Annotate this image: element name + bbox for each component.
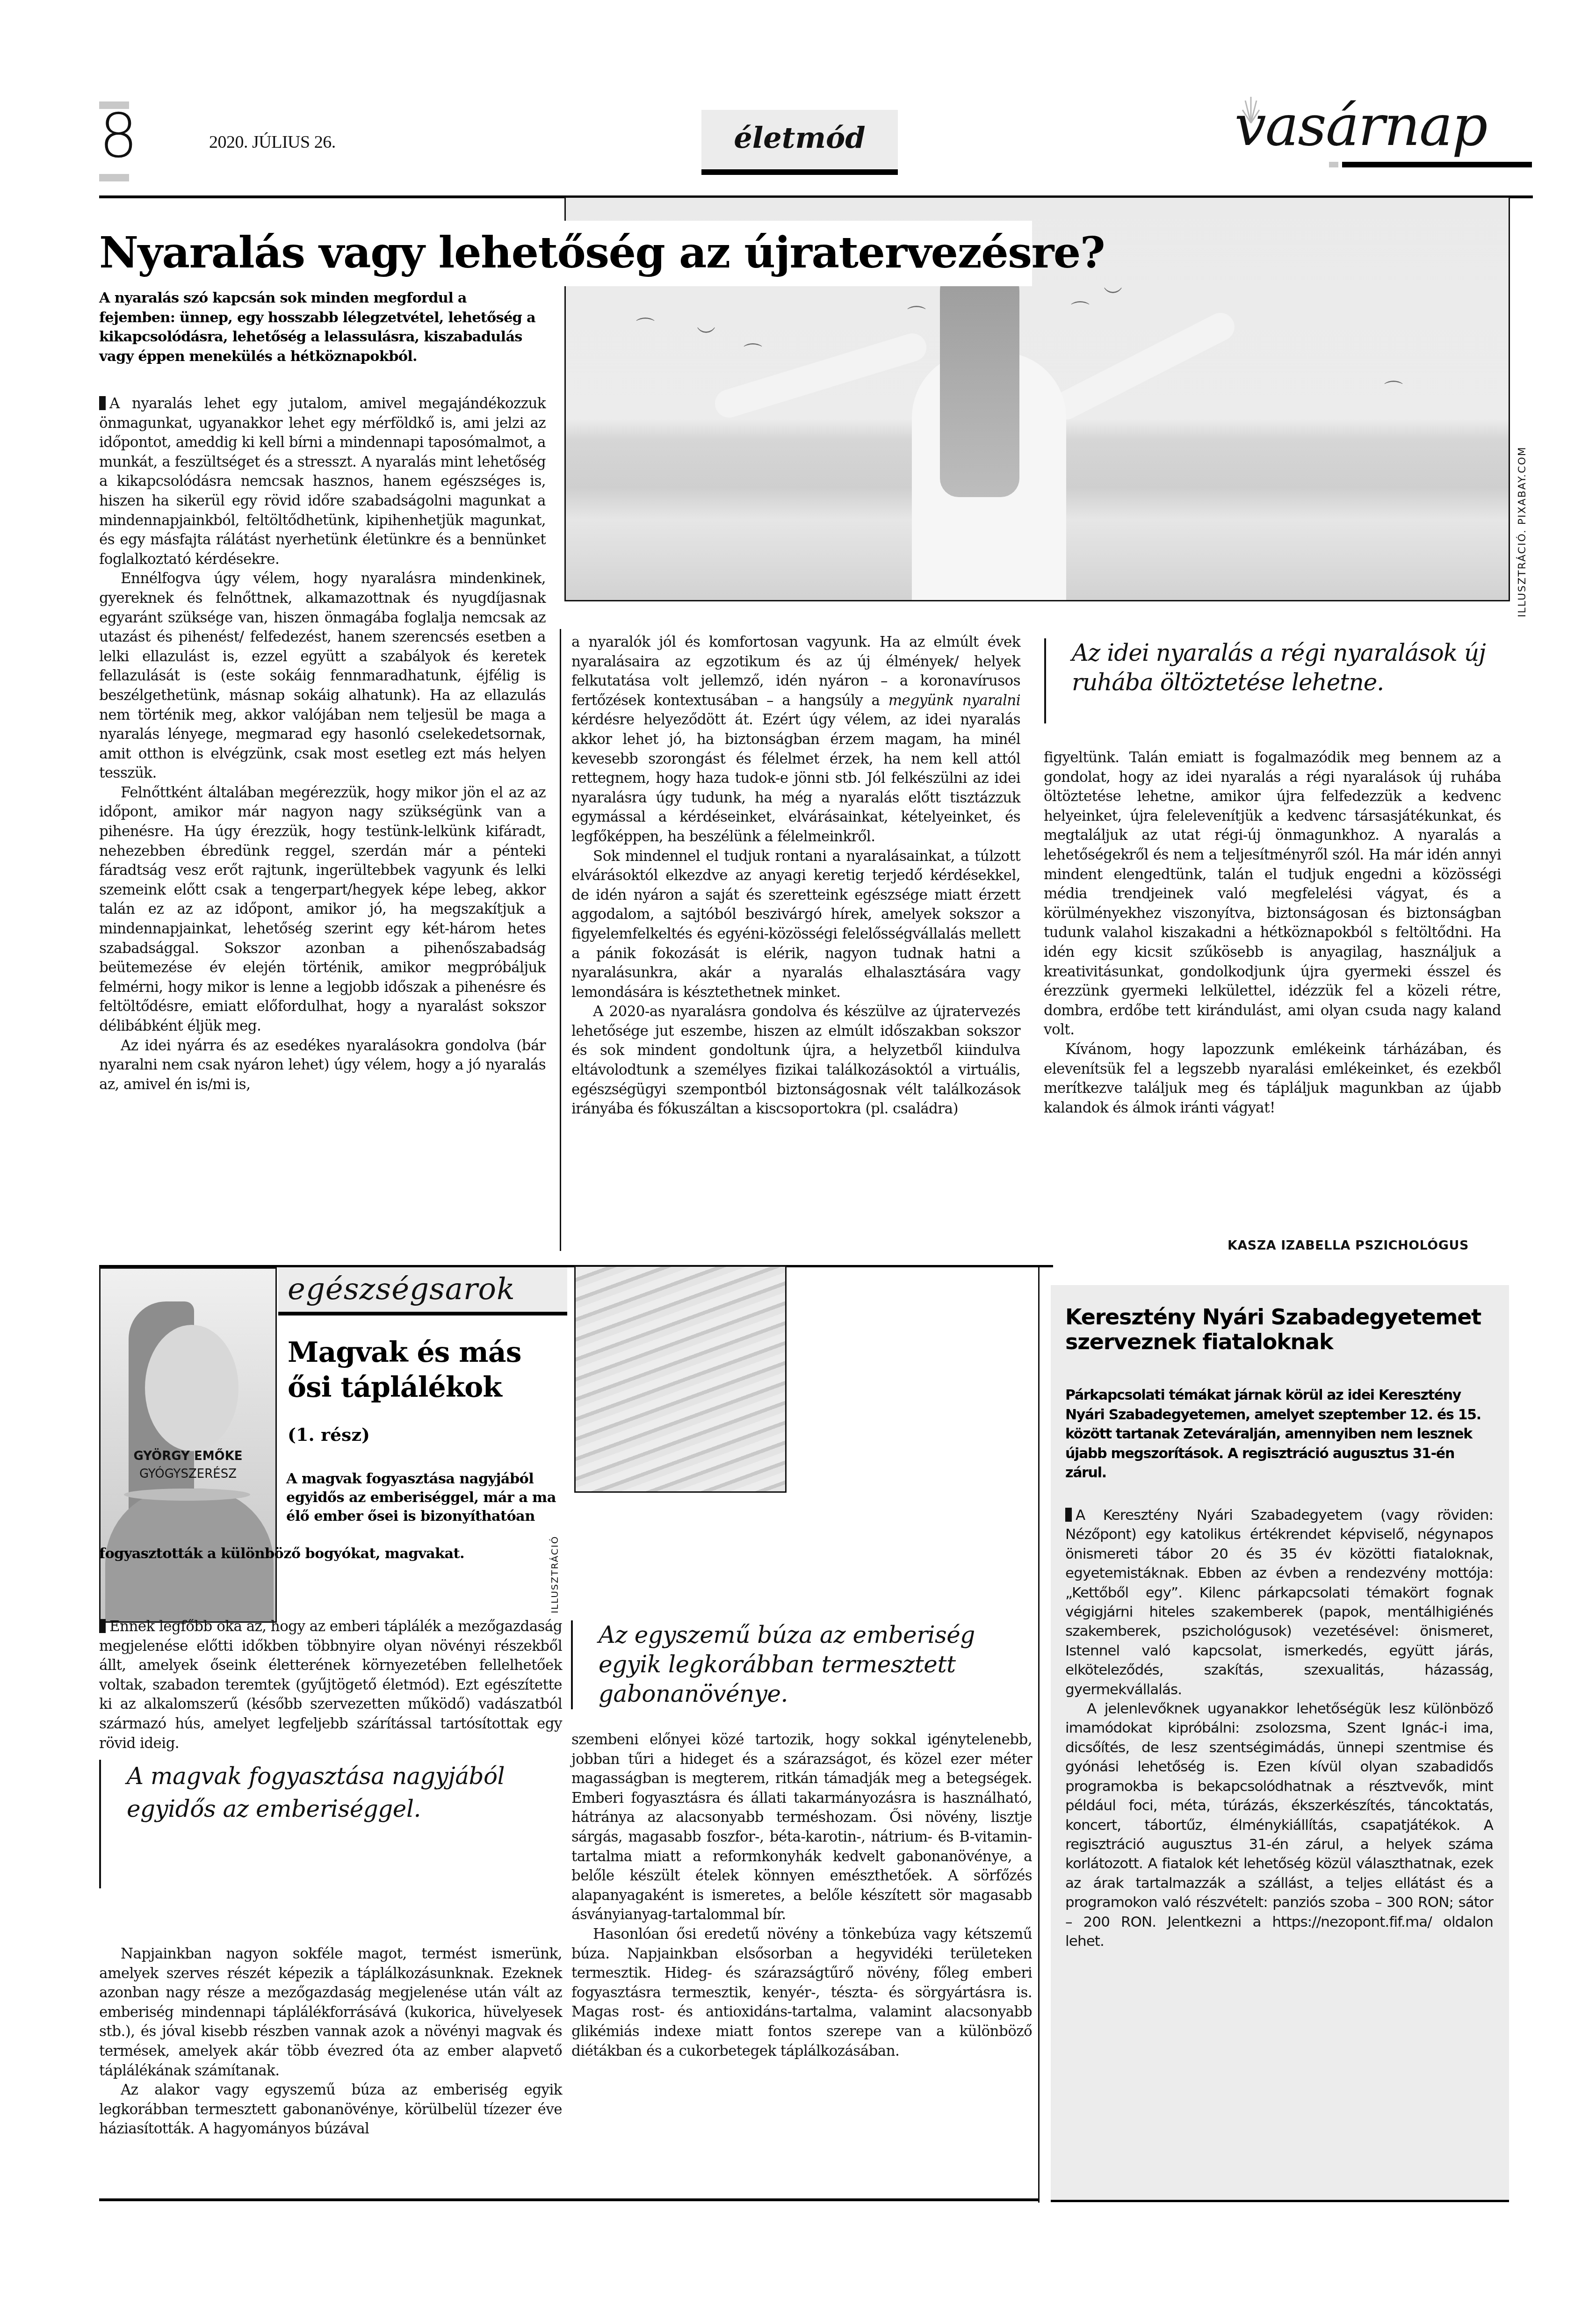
article-column-1: A nyaralás lehet egy jutalom, amivel meg… (99, 394, 546, 1094)
column-divider (560, 629, 561, 1251)
seagull-icon: ︶ (697, 322, 715, 348)
hero-arm-right (1047, 308, 1239, 425)
article-headline: Nyaralás vagy lehetőség az újratervezésr… (99, 224, 1105, 281)
issue-date: 2020. JÚLIUS 26. (209, 132, 336, 152)
paragraph: Felnőttként általában megérezzük, hogy m… (99, 783, 546, 1036)
seagull-icon: ⌒ (907, 301, 926, 327)
pull-quote: Az idei nyaralás a régi nyaralások új ru… (1044, 638, 1493, 723)
author-name-shadow (124, 1489, 250, 1501)
paragraph: Ennek legfőbb oka az, hogy az emberi táp… (99, 1617, 562, 1753)
side-body: A Keresztény Nyári Szabadegyetem (vagy r… (1065, 1506, 1493, 1951)
emphasis: megyünk nyaralni (888, 692, 1020, 709)
paragraph: Az idei nyárra és az esedékes nyaralások… (99, 1036, 546, 1095)
masthead-logo[interactable]: vasárnap (1235, 98, 1487, 154)
paragraph: figyeltünk. Talán emiatt is fogalmazódik… (1044, 748, 1501, 1040)
paragraph-marker-icon (1065, 1508, 1072, 1522)
portrait-face (145, 1325, 238, 1451)
health-pull-quote-1: A magvak fogyasztása nagyjából egyidős a… (99, 1760, 548, 1888)
article-lead: A nyaralás szó kapcsán sok minden megfor… (99, 289, 546, 366)
paragraph: Ennélfogva úgy vélem, hogy nyaralásra mi… (99, 569, 546, 783)
health-column-1-top: Ennek legfőbb oka az, hogy az emberi táp… (99, 1617, 562, 1753)
paragraph: szembeni előnyei közé tartozik, hogy sok… (571, 1730, 1032, 1925)
article-column-3: figyeltünk. Talán emiatt is fogalmazódik… (1044, 748, 1501, 1118)
paragraph: Hasonlóan ősi eredetű növény a tönkebúza… (571, 1925, 1032, 2061)
paragraph-marker-icon (99, 1619, 106, 1633)
hero-hair (940, 254, 1019, 497)
page-number: 8 (99, 105, 138, 166)
paragraph: A Keresztény Nyári Szabadegyetem (vagy r… (1065, 1506, 1493, 1699)
author-name: GYÖRGY EMŐKE (99, 1447, 277, 1465)
health-lead: A magvak fogyasztása nagyjából egyidős a… (286, 1469, 567, 1525)
paragraph: A nyaralás lehet egy jutalom, amivel meg… (99, 394, 546, 569)
seagull-icon: ︶ (1104, 282, 1122, 309)
seagull-icon: ⌒ (744, 338, 762, 365)
photo-credit: ILLUSZTRÁCIÓ. PIXABAY.COM (1514, 412, 1533, 617)
health-lead-continued: fogyasztották a különböző bogyókat, magv… (99, 1544, 562, 1563)
seagull-icon: ⌒ (1384, 376, 1403, 402)
paragraph: a nyaralók jól és komfortosan vagyunk. H… (571, 633, 1020, 847)
sun-watermark-icon (1144, 1940, 1509, 2201)
paragraph-marker-icon (99, 396, 106, 410)
paragraph: Az alakor vagy egyszemű búza az emberisé… (99, 2081, 562, 2139)
health-column-2: szembeni előnyei közé tartozik, hogy sok… (571, 1730, 1032, 2061)
wheat-photo (574, 1265, 787, 1493)
section-tag-label: életmód (701, 110, 898, 166)
side-headline: Keresztény Nyári Szabadegyetemet szervez… (1065, 1305, 1486, 1354)
health-tag-underline (278, 1312, 567, 1315)
paragraph: A 2020-as nyaralásra gondolva és készülv… (571, 1002, 1020, 1119)
masthead-underline (1342, 162, 1532, 167)
author-role: GYÓGYSZERÉSZ (99, 1465, 277, 1483)
wheat-photo-credit: ILLUSZTRÁCIÓ (548, 1496, 562, 1613)
bottom-rule-right (1051, 2200, 1509, 2202)
seagull-icon: ⌒ (1071, 296, 1090, 323)
health-section-tag[interactable]: egészségsarok (278, 1267, 567, 1312)
paragraph: Sok mindennel el tudjuk rontani a nyaral… (571, 847, 1020, 1003)
paragraph: Napjainkban nagyon sokféle magot, termés… (99, 1944, 562, 2081)
health-headline: Magvak és más ősi táplálékok (288, 1335, 568, 1405)
side-lead: Párkapcsolati témákat járnak körül az id… (1065, 1386, 1486, 1483)
paragraph: Kívánom, hogy lapozzunk emlékeink tárház… (1044, 1040, 1501, 1118)
paragraph: A jelenlevőknek ugyanakkor lehetőségük l… (1065, 1699, 1493, 1951)
article-byline: KASZA IZABELLA PSZICHOLÓGUS (1228, 1238, 1469, 1253)
health-section-label: egészségsarok (278, 1267, 567, 1312)
health-part-label: (1. rész) (288, 1424, 370, 1445)
author-portrait (99, 1267, 277, 1623)
article-column-2: a nyaralók jól és komfortosan vagyunk. H… (571, 633, 1020, 1119)
seagull-icon: ⌒ (636, 312, 655, 339)
column-divider (1038, 1267, 1040, 2203)
masthead-bar-accent (1329, 162, 1338, 167)
health-pull-quote-2: Az egyszemű búza az emberiség egyik legk… (571, 1620, 1019, 1709)
bottom-rule-left (99, 2198, 1039, 2201)
page-number-bar-bottom (99, 174, 129, 181)
section-tag[interactable]: életmód (701, 110, 898, 169)
section-tag-underline (701, 169, 898, 175)
health-column-1-bottom: Napjainkban nagyon sokféle magot, termés… (99, 1944, 562, 2139)
seagull-icon: ︶ (907, 196, 926, 206)
